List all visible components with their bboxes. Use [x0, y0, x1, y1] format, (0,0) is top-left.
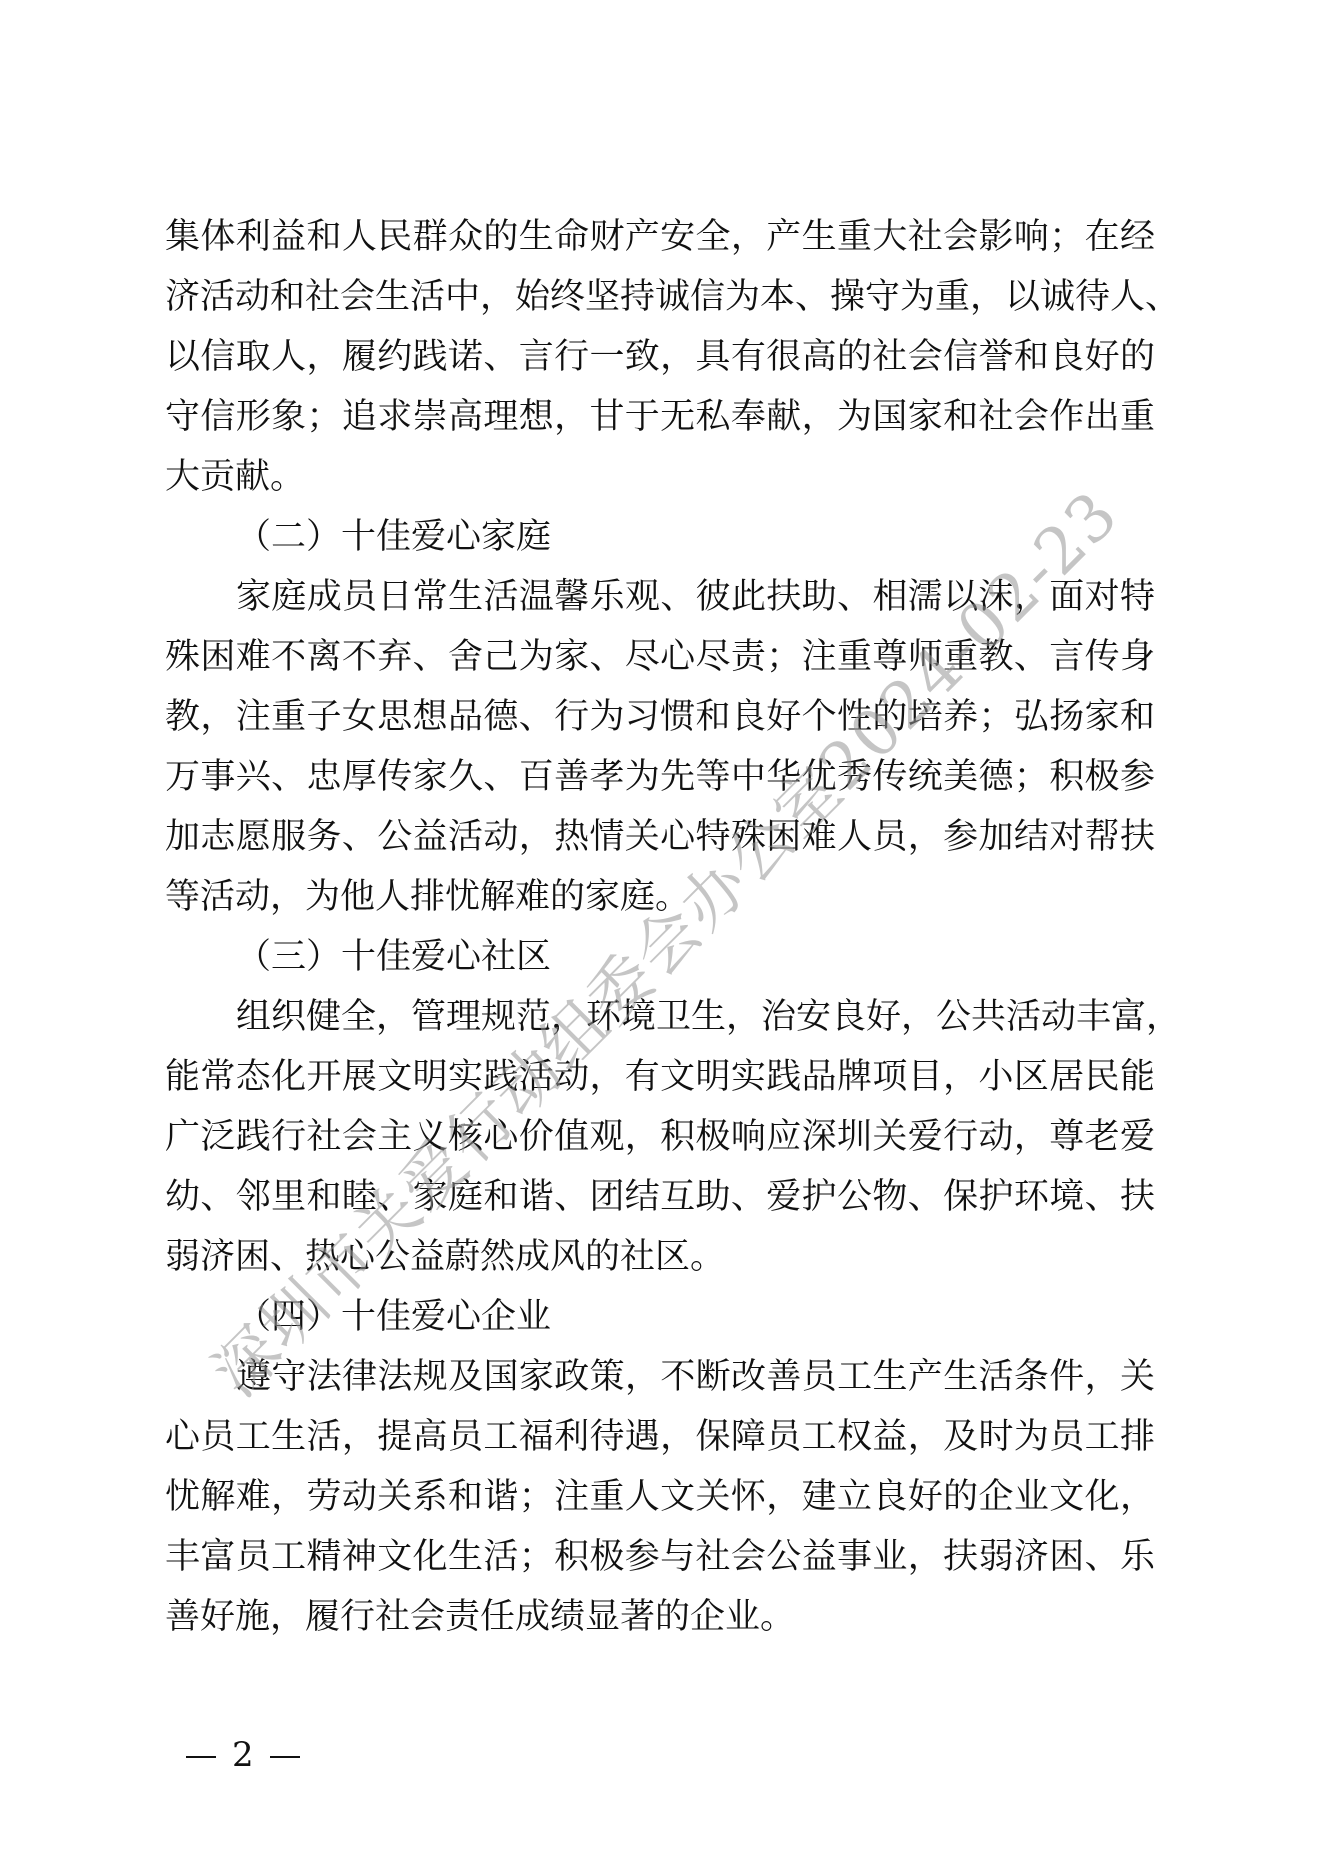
paragraph-continuation: 集体利益和人民群众的生命财产安全，产生重大社会影响；在经 济活动和社会生活中，始…	[165, 207, 1165, 507]
text-line: 集体利益和人民群众的生命财产安全，产生重大社会影响；在经	[165, 207, 1155, 267]
text-line: 济活动和社会生活中，始终坚持诚信为本、操守为重，以诚待人、	[165, 267, 1155, 327]
text-line: 善好施，履行社会责任成绩显著的企业。	[165, 1587, 1165, 1647]
document-page: 集体利益和人民群众的生命财产安全，产生重大社会影响；在经 济活动和社会生活中，始…	[0, 0, 1323, 1871]
text-line: 以信取人，履约践诺、言行一致，具有很高的社会信誉和良好的	[165, 327, 1155, 387]
text-line: 弱济困、热心公益蔚然成风的社区。	[165, 1227, 1165, 1287]
text-line: 家庭成员日常生活温馨乐观、彼此扶助、相濡以沫，面对特	[165, 567, 1155, 627]
text-line: 大贡献。	[165, 447, 1165, 507]
page-number-value: 2	[232, 1735, 254, 1775]
section-heading-community: （三）十佳爱心社区	[165, 927, 1165, 987]
text-line: 能常态化开展文明实践活动，有文明实践品牌项目，小区居民能	[165, 1047, 1155, 1107]
text-line: 万事兴、忠厚传家久、百善孝为先等中华优秀传统美德；积极参	[165, 747, 1155, 807]
page-number-right-dash	[270, 1756, 300, 1758]
text-line: 忧解难，劳动关系和谐；注重人文关怀，建立良好的企业文化，	[165, 1467, 1155, 1527]
text-line: 幼、邻里和睦、家庭和谐、团结互助、爱护公物、保护环境、扶	[165, 1167, 1155, 1227]
text-line: 教，注重子女思想品德、行为习惯和良好个性的培养；弘扬家和	[165, 687, 1155, 747]
text-line: 殊困难不离不弃、舍己为家、尽心尽责；注重尊师重教、言传身	[165, 627, 1155, 687]
text-line: 加志愿服务、公益活动，热情关心特殊困难人员，参加结对帮扶	[165, 807, 1155, 867]
paragraph-family: 家庭成员日常生活温馨乐观、彼此扶助、相濡以沫，面对特 殊困难不离不弃、舍己为家、…	[165, 567, 1165, 927]
page-number-left-dash	[186, 1756, 216, 1758]
text-line: 心员工生活，提高员工福利待遇，保障员工权益，及时为员工排	[165, 1407, 1155, 1467]
section-heading-enterprise: （四）十佳爱心企业	[165, 1287, 1165, 1347]
paragraph-enterprise: 遵守法律法规及国家政策，不断改善员工生产生活条件，关 心员工生活，提高员工福利待…	[165, 1347, 1165, 1647]
section-heading-family: （二）十佳爱心家庭	[165, 507, 1165, 567]
paragraph-community: 组织健全，管理规范，环境卫生，治安良好，公共活动丰富， 能常态化开展文明实践活动…	[165, 987, 1165, 1287]
text-line: 丰富员工精神文化生活；积极参与社会公益事业，扶弱济困、乐	[165, 1527, 1155, 1587]
page-number: 2	[186, 1735, 300, 1775]
text-line: 等活动，为他人排忧解难的家庭。	[165, 867, 1165, 927]
text-line: 组织健全，管理规范，环境卫生，治安良好，公共活动丰富，	[165, 987, 1155, 1047]
text-line: 广泛践行社会主义核心价值观，积极响应深圳关爱行动，尊老爱	[165, 1107, 1155, 1167]
text-line: 守信形象；追求崇高理想，甘于无私奉献，为国家和社会作出重	[165, 387, 1155, 447]
document-body: 集体利益和人民群众的生命财产安全，产生重大社会影响；在经 济活动和社会生活中，始…	[165, 207, 1165, 1647]
text-line: 遵守法律法规及国家政策，不断改善员工生产生活条件，关	[165, 1347, 1155, 1407]
